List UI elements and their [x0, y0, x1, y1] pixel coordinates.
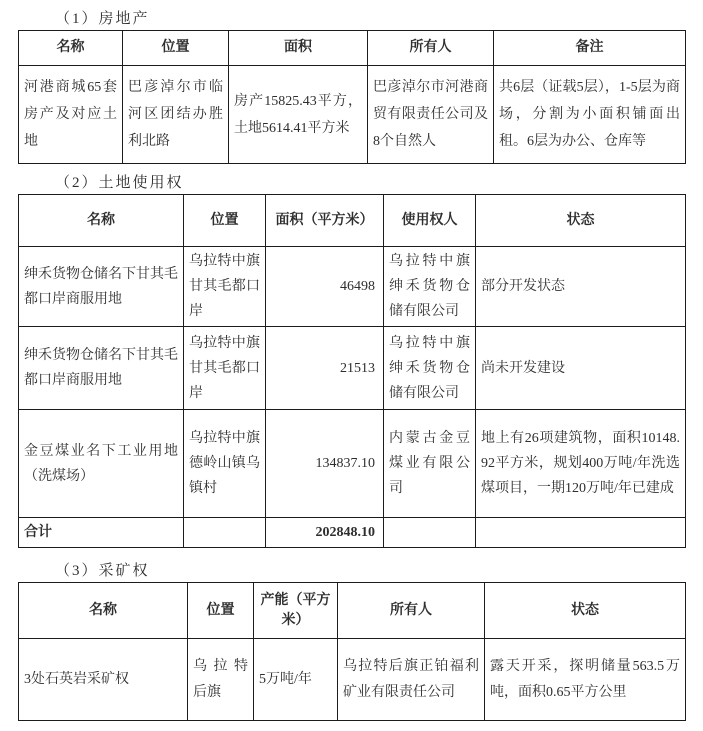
- real-estate-table: 名称 位置 面积 所有人 备注 河港商城65套房产及对应土地 巴彦淖尔市临河区团…: [18, 30, 686, 164]
- mining-table: 名称 位置 产能（平方米） 所有人 状态 3处石英岩采矿权 乌拉特后旗 5万吨/…: [18, 582, 686, 721]
- land-use-row-1: 绅禾货物仓储名下甘其毛都口岸商服用地 乌拉特中旗甘其毛都口岸 46498 乌拉特…: [19, 247, 686, 327]
- column-header-owner: 所有人: [338, 583, 485, 639]
- column-header-name: 名称: [19, 583, 188, 639]
- section-title-real-estate: （1）房地产: [55, 8, 685, 30]
- land-use-header-row: 名称 位置 面积（平方米） 使用权人 状态: [19, 195, 686, 247]
- total-status-empty: [476, 518, 686, 548]
- land-use-table: 名称 位置 面积（平方米） 使用权人 状态 绅禾货物仓储名下甘其毛都口岸商服用地…: [18, 194, 686, 548]
- cell-status: 部分开发状态: [476, 247, 686, 327]
- mining-header-row: 名称 位置 产能（平方米） 所有人 状态: [19, 583, 686, 639]
- section-title-land-use: （2）土地使用权: [55, 172, 685, 194]
- cell-user: 内蒙古金豆煤业有限公司: [384, 410, 476, 518]
- cell-name: 绅禾货物仓储名下甘其毛都口岸商服用地: [19, 247, 184, 327]
- cell-note: 共6层（证载5层），1-5层为商场，分割为小面积铺面出租。6层为办公、仓库等: [494, 66, 686, 164]
- mining-data-row: 3处石英岩采矿权 乌拉特后旗 5万吨/年 乌拉特后旗正铂福利矿业有限责任公司 露…: [19, 639, 686, 721]
- column-header-name: 名称: [19, 195, 184, 247]
- cell-name: 绅禾货物仓储名下甘其毛都口岸商服用地: [19, 327, 184, 410]
- cell-area: 21513: [266, 327, 384, 410]
- section-title-mining: （3）采矿权: [55, 560, 685, 582]
- cell-status: 露天开采，探明储量563.5万吨，面积0.65平方公里: [485, 639, 686, 721]
- cell-owner: 乌拉特后旗正铂福利矿业有限责任公司: [338, 639, 485, 721]
- cell-status: 尚未开发建设: [476, 327, 686, 410]
- column-header-location: 位置: [123, 31, 229, 66]
- column-header-owner: 所有人: [368, 31, 494, 66]
- cell-user: 乌拉特中旗绅禾货物仓储有限公司: [384, 327, 476, 410]
- column-header-note: 备注: [494, 31, 686, 66]
- cell-status: 地上有26项建筑物，面积10148.92平方米，规划400万吨/年洗选煤项目，一…: [476, 410, 686, 518]
- cell-capacity: 5万吨/年: [254, 639, 338, 721]
- real-estate-header-row: 名称 位置 面积 所有人 备注: [19, 31, 686, 66]
- cell-location: 乌拉特中旗甘其毛都口岸: [184, 327, 266, 410]
- cell-name: 河港商城65套房产及对应土地: [19, 66, 123, 164]
- cell-area: 134837.10: [266, 410, 384, 518]
- column-header-status: 状态: [485, 583, 686, 639]
- column-header-area: 面积: [229, 31, 368, 66]
- cell-location: 乌拉特中旗甘其毛都口岸: [184, 247, 266, 327]
- column-header-capacity: 产能（平方米）: [254, 583, 338, 639]
- real-estate-data-row: 河港商城65套房产及对应土地 巴彦淖尔市临河区团结办胜利北路 房产15825.4…: [19, 66, 686, 164]
- cell-location: 乌拉特后旗: [188, 639, 254, 721]
- column-header-name: 名称: [19, 31, 123, 66]
- column-header-area-sqm: 面积（平方米）: [266, 195, 384, 247]
- column-header-user: 使用权人: [384, 195, 476, 247]
- total-label: 合计: [19, 518, 184, 548]
- cell-area: 房产15825.43平方，土地5614.41平方米: [229, 66, 368, 164]
- total-area: 202848.10: [266, 518, 384, 548]
- column-header-status: 状态: [476, 195, 686, 247]
- land-use-row-3: 金豆煤业名下工业用地（洗煤场） 乌拉特中旗德岭山镇乌镇村 134837.10 内…: [19, 410, 686, 518]
- cell-area: 46498: [266, 247, 384, 327]
- document-page: （1）房地产 名称 位置 面积 所有人 备注 河港商城65套房产及对应土地 巴彦…: [0, 0, 703, 731]
- column-header-location: 位置: [188, 583, 254, 639]
- total-user-empty: [384, 518, 476, 548]
- cell-location: 乌拉特中旗德岭山镇乌镇村: [184, 410, 266, 518]
- cell-name: 金豆煤业名下工业用地（洗煤场）: [19, 410, 184, 518]
- cell-location: 巴彦淖尔市临河区团结办胜利北路: [123, 66, 229, 164]
- cell-user: 乌拉特中旗绅禾货物仓储有限公司: [384, 247, 476, 327]
- total-location-empty: [184, 518, 266, 548]
- cell-name: 3处石英岩采矿权: [19, 639, 188, 721]
- land-use-row-2: 绅禾货物仓储名下甘其毛都口岸商服用地 乌拉特中旗甘其毛都口岸 21513 乌拉特…: [19, 327, 686, 410]
- column-header-location: 位置: [184, 195, 266, 247]
- land-use-total-row: 合计 202848.10: [19, 518, 686, 548]
- cell-owner: 巴彦淖尔市河港商贸有限责任公司及8个自然人: [368, 66, 494, 164]
